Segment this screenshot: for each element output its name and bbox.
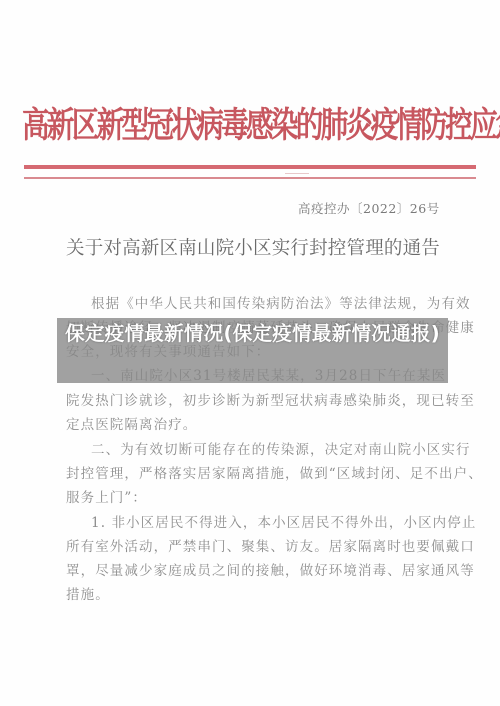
paragraph-line: 服务上门”： — [66, 486, 147, 506]
paragraph-line: 根据《中华人民共和国传染病防治法》等法律法规，为有效 — [91, 292, 471, 312]
headline-overlay-text: 保定疫情最新情况(保定疫情最新情况通报) — [57, 321, 448, 347]
document-page: 高新区新型冠状病毒感染的肺炎疫情防控应急指挥部办公室 高疫控办〔2022〕26号… — [0, 0, 500, 706]
paragraph-line: 定点医院隔离治疗。 — [66, 413, 197, 433]
paragraph-line: 封控管理，严格落实居家隔离措施，做到“区域封闭、足不出户、 — [66, 462, 483, 482]
document-number: 高疫控办〔2022〕26号 — [298, 199, 440, 217]
paragraph-line: 院发热门诊就诊，初步诊断为新型冠状病毒感染肺炎，现已转至 — [66, 389, 475, 409]
paragraph-line: 二、为有效切断可能存在的传染源，决定对南山院小区实行 — [91, 438, 471, 458]
notice-title: 关于对高新区南山院小区实行封控管理的通告 — [66, 234, 440, 260]
masthead-rule-thick — [24, 165, 476, 169]
paragraph-line: 1. 非小区居民不得进入，本小区居民不得外出，小区内停止 — [91, 511, 476, 531]
paragraph-line: 所有室外活动，严禁串门、聚集、访友。居家隔离时也要佩戴口 — [66, 535, 475, 555]
paragraph-line: 措施。 — [66, 583, 110, 603]
paragraph-line: 罩，尽量减少家庭成员之间的接触，做好环境消毒、居家通风等 — [66, 559, 475, 579]
rule-mark — [285, 173, 309, 174]
masthead-title: 高新区新型冠状病毒感染的肺炎疫情防控应急指挥部办公室 — [22, 96, 478, 147]
masthead-rule-thin — [24, 177, 476, 179]
